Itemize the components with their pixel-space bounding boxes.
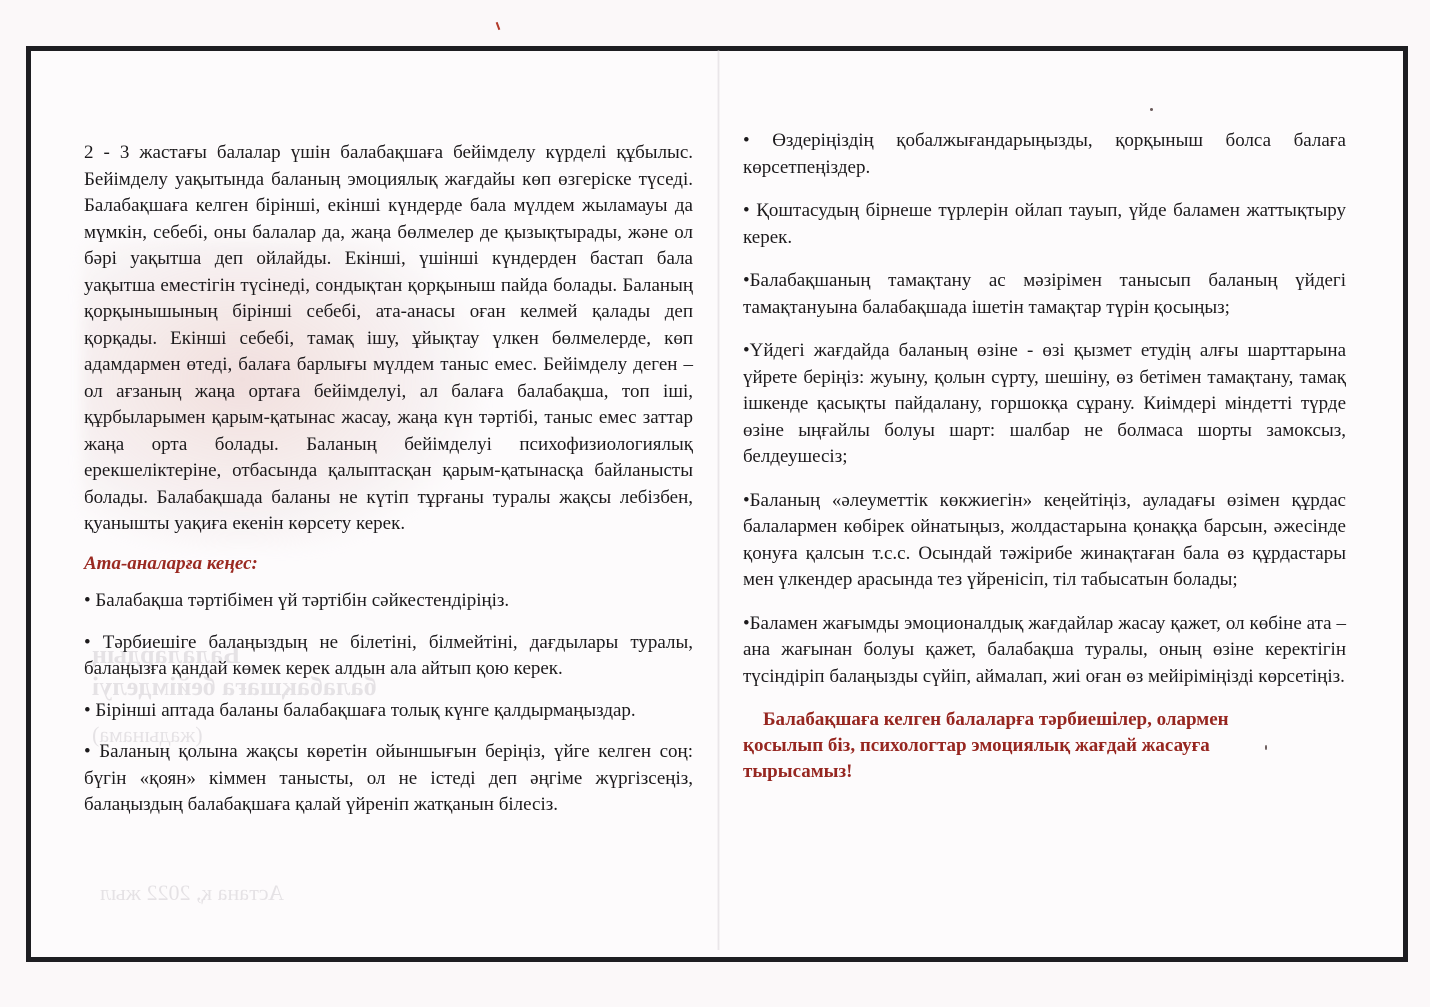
advice-heading: Ата-аналарға кеңес: (84, 551, 693, 578)
tip-item: • Балабақша тәртібімен үй тәртібін сәйке… (84, 588, 693, 615)
closing-statement: Балабақшаға келген балаларға тәрбиешілер… (743, 707, 1288, 785)
tip-item: • Қоштасудың бірнеше түрлерін ойлап тауы… (743, 198, 1346, 251)
tip-item: •Үйдегі жағдайда баланың өзіне - өзі қыз… (743, 338, 1346, 471)
tip-item: •Баланың «әлеуметтік көкжиегін» кеңейтің… (743, 488, 1346, 594)
right-column: • Өздеріңіздің қобалжығандарыңызды, қорқ… (743, 128, 1346, 785)
tip-item: • Баланың қолына жақсы көретін ойыншығын… (84, 739, 693, 819)
left-column: 2 - 3 жастағы балалар үшін балабақшаға б… (84, 140, 693, 834)
tip-item: • Өздеріңіздің қобалжығандарыңызды, қорқ… (743, 128, 1346, 181)
tip-item: •Балабақшаның тамақтану ас мәзірімен тан… (743, 268, 1346, 321)
bleed-through-text: Астана қ, 2022 жыл (100, 880, 284, 906)
intro-paragraph: 2 - 3 жастағы балалар үшін балабақшаға б… (84, 140, 693, 538)
tip-item: •Баламен жағымды эмоционалдық жағдайлар … (743, 611, 1346, 691)
speck (1265, 745, 1267, 750)
tip-item: • Тәрбиешіге балаңыздың не білетіні, біл… (84, 630, 693, 683)
tip-item: • Бірінші аптада баланы балабақшаға толы… (84, 698, 693, 725)
fold-line (717, 50, 720, 950)
speck (1150, 108, 1153, 111)
ink-mark (496, 22, 501, 30)
